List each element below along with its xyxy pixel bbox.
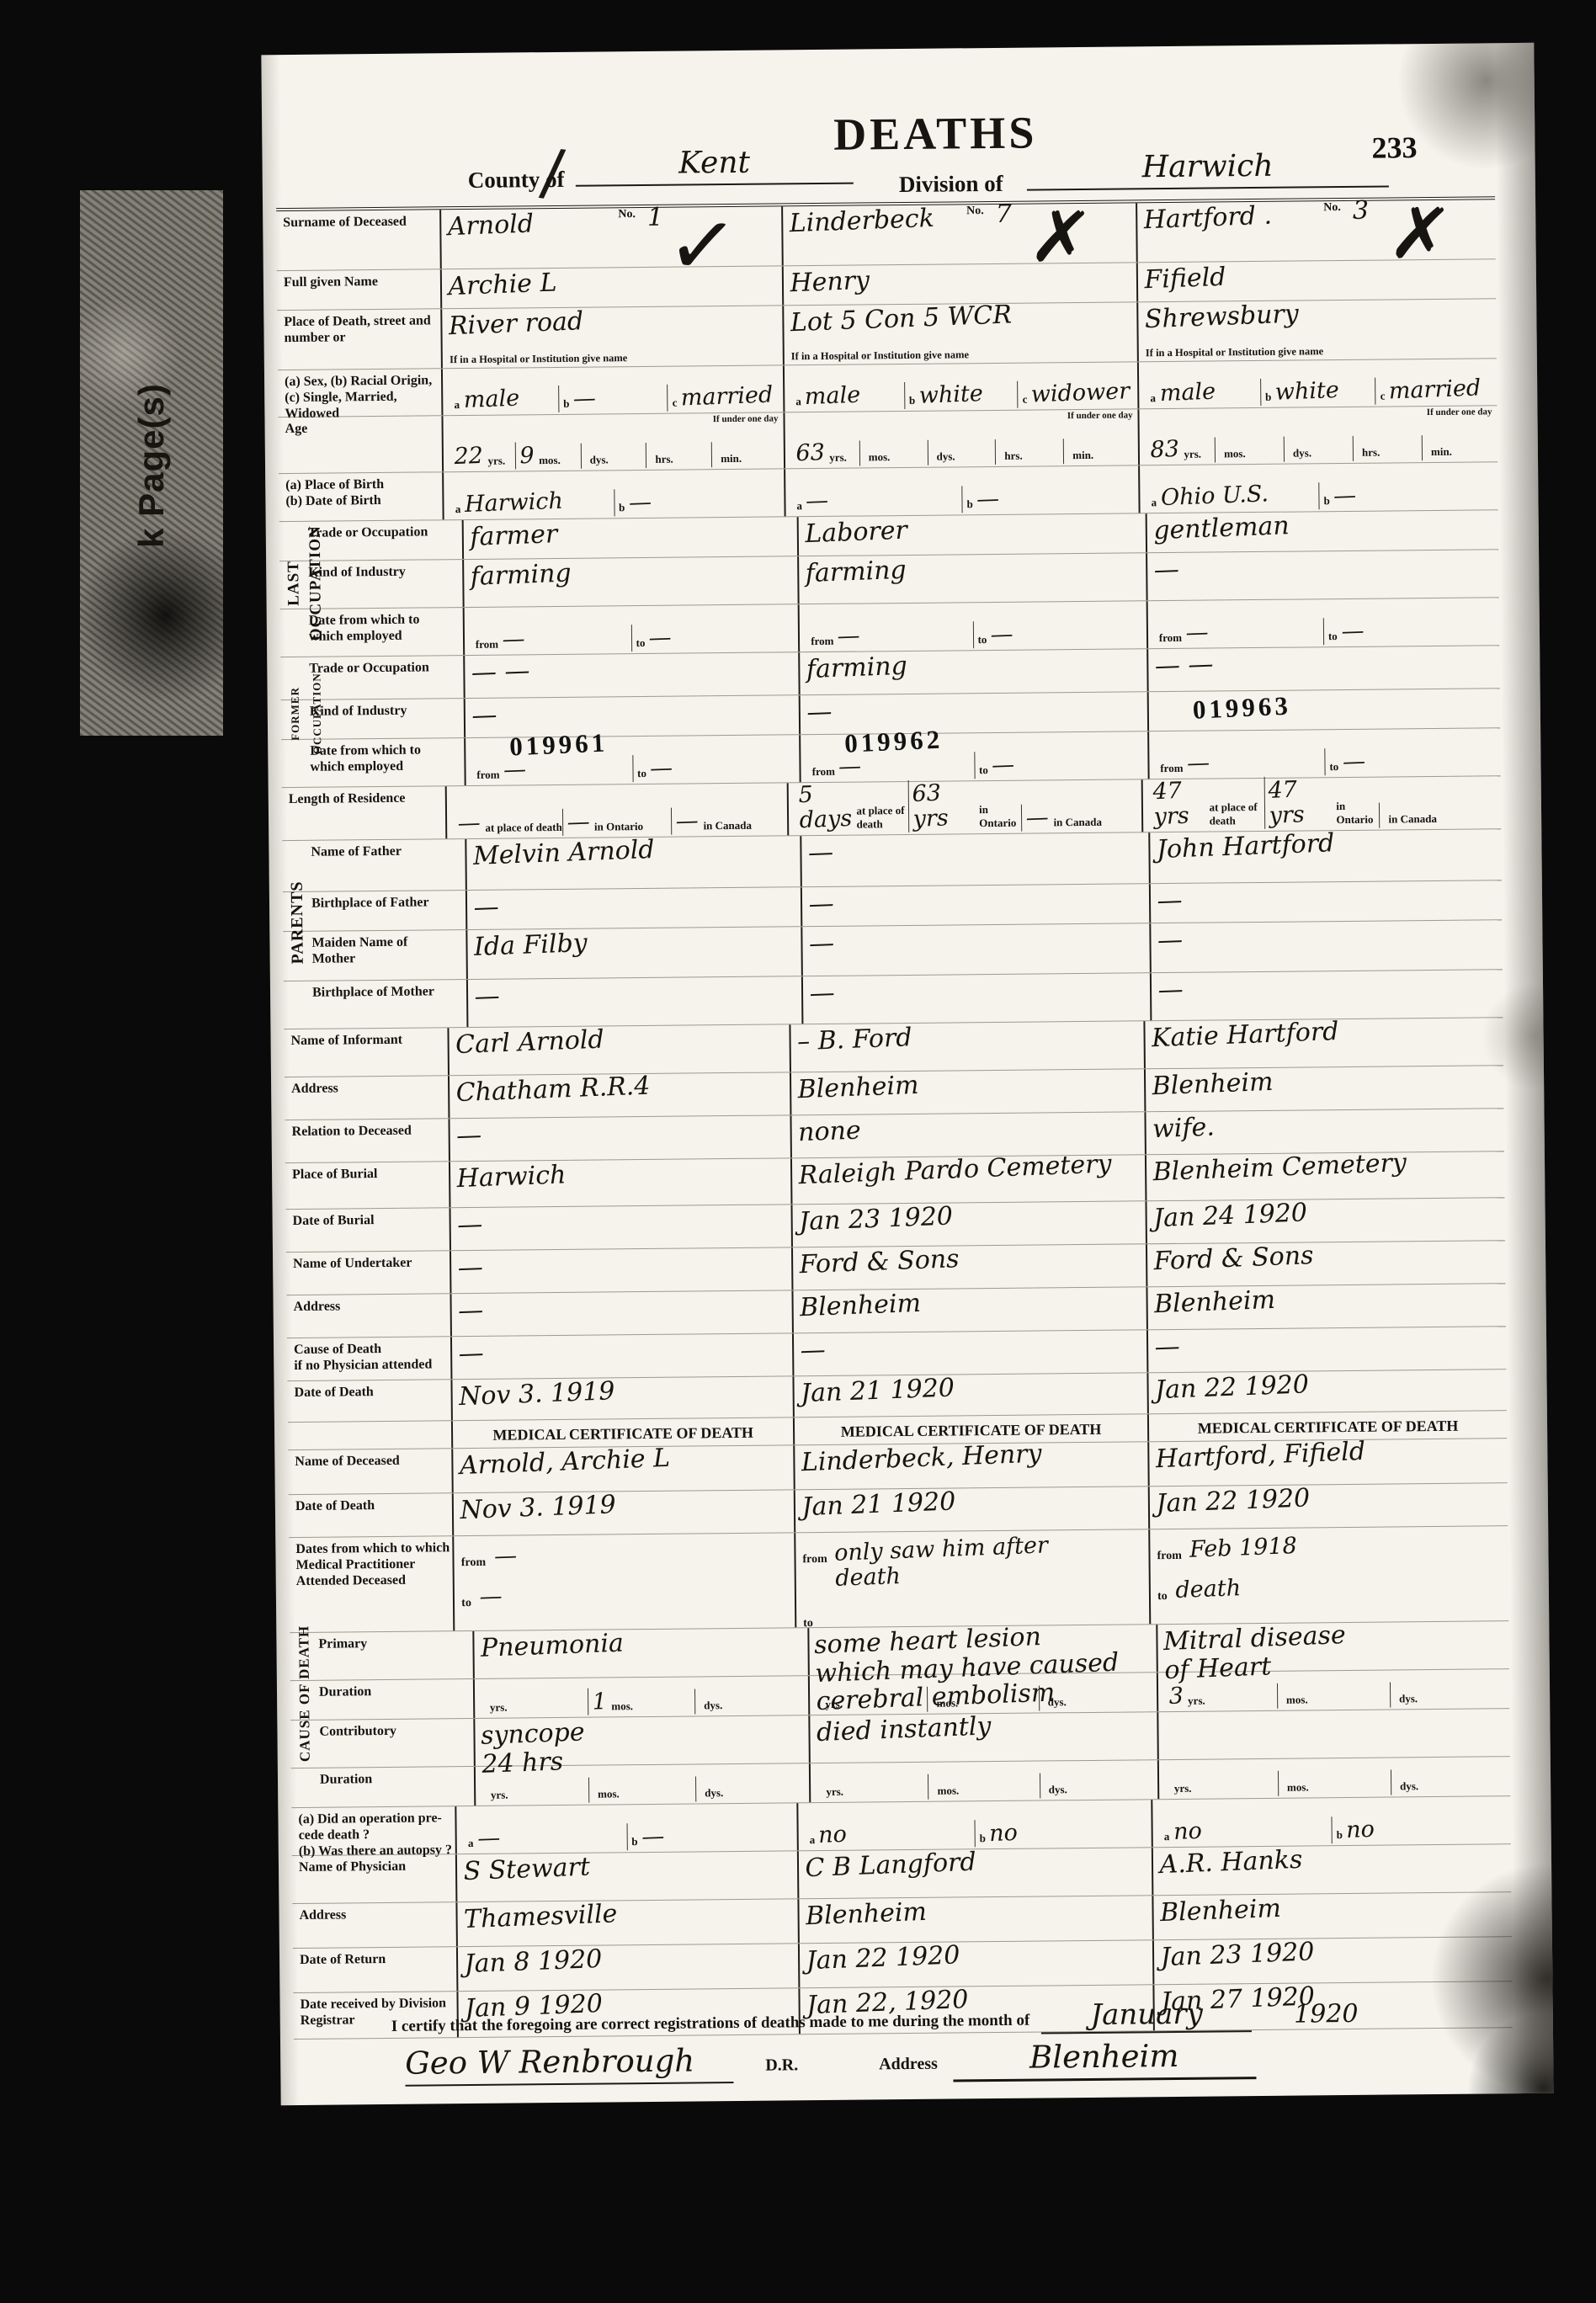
row-label-relation: Relation to Deceased	[285, 1119, 449, 1162]
segment-label: min.	[1431, 445, 1452, 460]
segment: from—	[1155, 618, 1323, 646]
segment: dys.	[927, 439, 995, 465]
segment-label: b	[563, 397, 569, 412]
segment: min.	[1422, 434, 1491, 460]
segment-value: —	[1342, 747, 1365, 775]
segment: 83yrs.	[1146, 435, 1215, 463]
segment-label: dys.	[1400, 1779, 1418, 1795]
cell-cause-primary-record-2: some heart lesion which may have caused …	[808, 1625, 1157, 1675]
segment-value: 83	[1150, 435, 1180, 464]
segment: bwhite	[1260, 377, 1375, 406]
record-number-value: 7	[996, 205, 1012, 225]
row-label-surname: Surname of Deceased	[276, 210, 440, 270]
segment-value: —	[502, 625, 525, 652]
segment: mos.	[859, 440, 928, 466]
cell-former-employed-record-3: from—to—	[1147, 728, 1501, 779]
segment-value: male	[805, 380, 861, 410]
if-under-one-day-label: If under one day	[1427, 407, 1492, 418]
segment-label: b	[1337, 1828, 1343, 1843]
range-value: death	[1175, 1574, 1242, 1604]
row-label-date-of-death: Date of Death	[287, 1380, 451, 1422]
segment: from—	[472, 755, 632, 784]
segment-label: dys.	[1293, 446, 1311, 461]
segment-label: a	[795, 395, 801, 410]
segment-value: —	[1025, 803, 1049, 831]
segment: a—	[792, 486, 961, 514]
cell-last-industry-record-3: —	[1146, 550, 1499, 600]
segment-label: mos.	[1287, 1780, 1309, 1795]
segment-label: to	[636, 636, 646, 652]
segment-label: min.	[1072, 449, 1093, 464]
record-number-value: 3	[1353, 201, 1369, 221]
cell-cause-primary-record-1: Pneumonia	[472, 1628, 808, 1678]
segment-label: to	[637, 767, 646, 782]
segment-value: 5 days	[798, 779, 853, 833]
row-label-birth: (a) Place of Birth (b) Date of Birth	[279, 472, 443, 521]
cell-sex-origin-marital-record-1: amaleb—cmarried	[441, 365, 783, 415]
segment-value: —	[628, 488, 652, 516]
segment-label: yrs.	[491, 1789, 508, 1804]
segment: —at place of death	[454, 809, 562, 837]
segment-value: no	[1173, 1817, 1202, 1845]
division-value: Harwich	[1027, 150, 1389, 190]
cell-segments: yrs.mos.dys.	[817, 1762, 1151, 1803]
cell-segments: amaleb—cmarried	[450, 367, 776, 416]
section-label-last-occupation: LAST OCCUPATION	[283, 517, 306, 650]
segment: dys.	[695, 1775, 802, 1801]
segment-label: from	[476, 638, 498, 653]
side-stamp-strip: k Page(s)	[80, 190, 223, 736]
segment: to—	[974, 750, 1141, 779]
segment-label: a	[1150, 391, 1156, 407]
segment-label: a	[1164, 1830, 1170, 1845]
segment-label: yrs.	[826, 1785, 843, 1800]
segment-label: at place of death	[1210, 800, 1264, 830]
segment: from—	[806, 621, 973, 650]
segment: 47 yrsat place of death	[1150, 776, 1264, 830]
if-under-one-day-label: If under one day	[713, 413, 779, 424]
cell-surname-record-1: No.1Arnold✓	[439, 206, 781, 269]
cell-last-industry-record-2: farming	[797, 553, 1146, 604]
row-label-sex-origin-marital: (a) Sex, (b) Racial Origin, (c) Single, …	[278, 369, 442, 417]
cell-surname-record-3: No.3Hartford .✗	[1136, 199, 1496, 262]
segment-value: widower	[1030, 377, 1130, 408]
range-label: from	[1157, 1550, 1182, 1565]
row-label-date-of-return: Date of Return	[293, 1947, 457, 1992]
segment: amale	[791, 382, 904, 411]
segment-label: hrs.	[655, 453, 673, 468]
cell-segments: from—to—	[472, 737, 793, 786]
segment: hrs.	[995, 439, 1063, 465]
cell-mcd-date-record-1: Nov 3. 1919	[452, 1490, 794, 1535]
cell-place-of-death-record-1: River roadIf in a Hospital or Institutio…	[441, 306, 783, 368]
cross-mark: ✗	[1027, 198, 1096, 278]
row-label-mother-birthplace: Birthplace of Mother	[284, 980, 466, 1029]
row-label-cause-contributory: Contributory	[290, 1719, 473, 1768]
registrar-signature-line: Geo W Renbrough D.R. Address Blenheim	[405, 2034, 1499, 2087]
segment-value: 1	[592, 1688, 607, 1715]
segment-value: 3	[1168, 1682, 1184, 1710]
segment: yrs.	[482, 1778, 588, 1804]
segment: 9mos.	[515, 441, 581, 469]
segment: dys.	[1391, 1768, 1503, 1795]
cell-segments: from—to—	[1156, 730, 1494, 779]
segment-value: —	[1185, 619, 1209, 646]
segment-label: mos.	[539, 454, 561, 469]
range-value: only saw him after death	[834, 1531, 1050, 1592]
cell-sex-origin-marital-record-3: amalebwhitecmarried	[1137, 359, 1497, 408]
segment-label: b	[619, 501, 625, 516]
record-number-label: No.	[1323, 201, 1341, 215]
segment-value: no	[818, 1821, 848, 1848]
registrar-address: Blenheim	[953, 2037, 1256, 2082]
segment-value: —	[990, 620, 1013, 648]
form-row-attended: Dates from which to which Medical Practi…	[289, 1526, 1508, 1633]
record-number-label: No.	[618, 208, 636, 221]
record-number-label: No.	[966, 205, 984, 218]
range-label: from	[461, 1556, 486, 1572]
cell-age-record-1: 22yrs.9mos.dys.hrs.min.If under one day	[442, 412, 784, 471]
row-label-mcd-header	[288, 1421, 452, 1449]
cell-cause-duration-1-record-3: 3yrs.mos.dys.	[1157, 1669, 1510, 1711]
row-label-physician-address: Address	[292, 1902, 456, 1948]
segment: cmarried	[1375, 376, 1490, 405]
segment-value: Harwich	[464, 487, 563, 518]
cell-cause-duration-2-record-1: yrs.mos.dys.	[474, 1763, 810, 1806]
segment: from—	[471, 625, 631, 653]
cell-former-industry-record-1: —019961	[463, 695, 799, 737]
segment-label: from	[1159, 631, 1182, 646]
range-value: —	[493, 1542, 517, 1570]
row-label-cause-no-physician: Cause of Death if no Physician attended	[287, 1337, 451, 1380]
range-label: from	[802, 1553, 827, 1568]
segment-label: to	[1328, 630, 1338, 645]
segment-label: at place of death	[485, 821, 562, 837]
cell-cause-duration-2-record-3: yrs.mos.dys.	[1157, 1757, 1511, 1799]
cell-last-industry-record-1: farming	[462, 556, 798, 607]
segment-value: —	[1341, 617, 1365, 645]
address-label: Address	[879, 2055, 938, 2074]
segment-value: married	[680, 380, 774, 411]
segment-label: mos.	[611, 1699, 633, 1715]
cell-surname-record-2: No.7Linderbeck✗	[781, 203, 1136, 265]
document-page: ∕ DEATHS 233 County of Kent Division of …	[261, 43, 1553, 2105]
segment-label: b	[980, 1832, 986, 1847]
division-label: Division of	[899, 171, 1003, 198]
cell-segments: yrs.mos.dys.	[1166, 1758, 1504, 1800]
segment-label: in Ontario	[594, 820, 643, 836]
hospital-instruction-label: If in a Hospital or Institution give nam…	[1146, 345, 1323, 359]
row-label-father-birthplace: Birthplace of Father	[283, 891, 465, 931]
segment-value: 9	[519, 442, 535, 470]
segment-label: yrs.	[829, 451, 847, 466]
segment: mos.	[927, 1686, 1038, 1712]
registrar-signature: Geo W Renbrough	[405, 2042, 733, 2087]
range-label: to	[1157, 1590, 1168, 1605]
segment-label: mos.	[598, 1787, 620, 1802]
segment: mos.	[928, 1774, 1039, 1800]
segment: ano	[805, 1820, 974, 1848]
segment-value: 63 yrs	[912, 778, 976, 832]
side-stamp-text: k Page(s)	[129, 306, 174, 625]
segment-label: yrs.	[490, 1701, 508, 1716]
row-label-informant-address: Address	[285, 1076, 449, 1120]
segment-label: a	[455, 398, 460, 413]
cell-attended-record-2: fromonly saw him after deathto	[794, 1529, 1149, 1627]
segment-label: b	[631, 1835, 637, 1850]
cell-mcd-date-record-3: Jan 22 1920	[1148, 1483, 1508, 1529]
cross-mark: ✗	[1386, 194, 1455, 274]
row-label-age: Age	[278, 416, 442, 473]
certification-month: January	[1041, 1997, 1252, 2034]
segment: from—	[808, 752, 975, 780]
segment-label: hrs.	[1362, 446, 1380, 461]
segment-label: hrs.	[1004, 449, 1022, 465]
segment: yrs.	[1166, 1771, 1278, 1797]
segment-label: b	[1265, 391, 1271, 406]
cell-date-of-death-record-2: Jan 21 1920	[792, 1373, 1147, 1417]
segment-label: c	[1381, 390, 1386, 405]
segment: —in Ontario	[562, 807, 672, 835]
segment-label: in Ontario	[1336, 800, 1379, 828]
row-label-given-name: Full given Name	[277, 269, 441, 310]
cell-segments: amalebwhitecmarried	[1146, 360, 1490, 409]
row-label-burial-place: Place of Burial	[285, 1162, 450, 1209]
range-value: —	[479, 1582, 503, 1610]
segment: cwidower	[1017, 380, 1130, 408]
segment-value: —	[572, 385, 596, 412]
cell-segments: yrs.mos.dys.	[482, 1765, 803, 1806]
segment-value: —	[567, 808, 590, 836]
certification-text: I certify that the foregoing are correct…	[391, 2012, 1030, 2035]
row-label-place-of-death: Place of Death, street and number or	[277, 309, 441, 370]
segment: min.	[1063, 438, 1131, 464]
record-number-3: No.3	[1323, 201, 1369, 222]
segment-label: c	[1023, 393, 1028, 408]
segment-label: yrs.	[825, 1698, 843, 1713]
segment-label: to	[1329, 760, 1338, 775]
date-range-line: fromonly saw him after death	[802, 1536, 1142, 1592]
date-range-line: from—	[461, 1540, 788, 1572]
date-range-line: todeath	[1157, 1573, 1502, 1605]
segment: aHarwich	[451, 489, 614, 518]
segment: mos.	[1215, 437, 1284, 463]
segment-value: —	[457, 809, 481, 837]
segment-value: 22	[454, 442, 484, 471]
segment: mos.	[1277, 1683, 1390, 1709]
cell-former-employed-record-1: from—to—	[464, 735, 800, 785]
segment-label: a	[810, 1833, 816, 1848]
cell-mcd-date-record-2: Jan 21 1920	[794, 1487, 1149, 1532]
segment-value: married	[1388, 374, 1482, 404]
row-label-father-name: Name of Father	[282, 839, 465, 891]
segment-value: —	[1186, 749, 1210, 777]
segment-value: —	[476, 1824, 500, 1852]
county-label: County of	[468, 167, 565, 194]
cell-cause-contributory-record-3	[1157, 1709, 1510, 1759]
certification-year: 1920	[1294, 1999, 1359, 2029]
segment: mos.	[588, 1776, 695, 1802]
row-label-physician-name: Name of Physician	[292, 1854, 456, 1903]
segment-label: in Ontario	[979, 803, 1022, 832]
segment: amale	[1146, 379, 1260, 407]
death-register-table: Surname of DeceasedNo.1Arnold✓No.7Linder…	[276, 196, 1513, 2040]
segment: 3yrs.	[1165, 1682, 1277, 1710]
segment-label: dys.	[590, 453, 609, 468]
segment-value: —	[976, 485, 1000, 513]
segment-value: 47 yrs	[1152, 775, 1205, 830]
segment-label: from	[1160, 762, 1183, 777]
section-label-cause-of-death: CAUSE OF DEATH	[293, 1608, 317, 1779]
segment: min.	[711, 441, 777, 467]
segment-value: —	[675, 806, 699, 834]
cell-age-record-2: 63yrs.mos.dys.hrs.min.If under one day	[783, 409, 1138, 468]
segment: 1mos.	[588, 1687, 694, 1715]
cell-cause-duration-2-record-2: yrs.mos.dys.	[809, 1760, 1157, 1802]
segment: aOhio U.S.	[1146, 482, 1318, 511]
segment: yrs.	[481, 1690, 588, 1716]
hospital-instruction-label: If in a Hospital or Institution give nam…	[450, 352, 627, 366]
cell-former-employed-record-2: from—to—	[799, 731, 1147, 782]
segment-label: min.	[721, 452, 742, 467]
segment: hrs.	[1353, 435, 1422, 461]
segment: b—	[558, 384, 668, 412]
cell-cause-contributory-record-2: died instantly	[809, 1712, 1157, 1763]
segment-value: 47 yrs	[1268, 774, 1333, 829]
segment-value: —	[650, 754, 673, 782]
cell-segments: amalebwhitecwidower	[791, 364, 1131, 412]
scanned-death-register: { "page": { "title": "DEATHS", "number":…	[0, 0, 1596, 2303]
segment-label: b	[966, 497, 972, 513]
segment: yrs.	[817, 1687, 927, 1713]
segment-label: mos.	[938, 1784, 960, 1799]
row-label-undertaker-address: Address	[286, 1294, 450, 1338]
segment: yrs.	[817, 1774, 928, 1800]
cell-attended-record-3: fromFeb 1918todeath	[1148, 1526, 1508, 1624]
segment-label: b	[1323, 494, 1329, 509]
segment-label: yrs.	[1188, 1694, 1205, 1710]
segment-value: 63	[795, 439, 826, 467]
row-label-burial-date: Date of Burial	[286, 1208, 450, 1252]
segment-label: mos.	[869, 450, 891, 465]
cell-date-of-death-record-1: Nov 3. 1919	[451, 1376, 793, 1420]
section-label-parents: PARENTS	[285, 830, 309, 1015]
segment-label: a	[455, 503, 461, 518]
segment-label: dys.	[1049, 1783, 1067, 1798]
segment-label: c	[673, 396, 678, 412]
row-label-operation-autopsy: (a) Did an operation pre- cede death ? (…	[291, 1806, 455, 1855]
segment-label: dys.	[936, 449, 955, 465]
segment-label: from	[812, 765, 835, 780]
segment: bwhite	[904, 380, 1018, 409]
cell-former-trade-record-3: — —	[1146, 646, 1500, 691]
segment: 22yrs.	[450, 442, 515, 470]
segment-label: yrs.	[1184, 448, 1201, 463]
segment-value: Ohio U.S.	[1160, 480, 1269, 511]
row-label-undertaker-name: Name of Undertaker	[286, 1251, 450, 1295]
segment-value: —	[648, 624, 672, 652]
segment: hrs.	[646, 442, 711, 468]
cell-cause-primary-record-3: Mitral disease of Heart	[1156, 1621, 1509, 1672]
if-under-one-day-label: If under one day	[1067, 410, 1133, 421]
segment-label: yrs.	[488, 455, 506, 470]
segment: cmarried	[667, 383, 776, 411]
segment-label: mos.	[1224, 447, 1246, 462]
segment-value: —	[838, 753, 862, 780]
segment-value: no	[989, 1819, 1019, 1847]
segment-label: b	[909, 394, 915, 409]
record-number-2: No.7	[966, 205, 1012, 226]
cell-segments: from—to—	[807, 733, 1141, 783]
cell-age-record-3: 83yrs.mos.dys.hrs.min.If under one day	[1138, 406, 1498, 465]
segment-value: white	[918, 380, 983, 409]
segment-label: from	[811, 635, 833, 650]
segment: 63 yrsin Ontario	[907, 779, 1021, 832]
cell-place-of-death-record-2: Lot 5 Con 5 WCRIf in a Hospital or Insti…	[782, 302, 1137, 364]
cell-place-of-death-record-3: ShrewsburyIf in a Hospital or Institutio…	[1136, 299, 1497, 361]
record-number-value: 1	[647, 208, 663, 228]
segment-label: yrs.	[1174, 1782, 1192, 1797]
segment-value: male	[463, 384, 519, 413]
date-range-line: to—	[461, 1580, 788, 1612]
segment-label: mos.	[1286, 1693, 1308, 1708]
row-label-mcd-name: Name of Deceased	[288, 1449, 452, 1494]
row-label-cause-duration-1: Duration	[290, 1679, 473, 1720]
segment: 47 yrsin Ontario	[1263, 775, 1379, 829]
county-value: Kent	[575, 147, 853, 187]
segment-label: at place of death	[856, 804, 908, 833]
segment-value: —	[641, 1822, 664, 1850]
row-label-mother-name: Maiden Name of Mother	[283, 930, 465, 981]
date-range-line: fromFeb 1918	[1157, 1533, 1501, 1565]
row-label-informant-name: Name of Informant	[284, 1028, 448, 1077]
segment: dys.	[581, 443, 646, 469]
segment-value: no	[1346, 1816, 1375, 1843]
segment-label: a	[796, 499, 802, 514]
segment-value: —	[992, 751, 1015, 779]
segment-label: from	[476, 769, 499, 784]
segment-label: to	[977, 633, 987, 648]
segment-label: to	[979, 763, 988, 779]
cell-segments: 3yrs.mos.dys.	[1165, 1671, 1503, 1712]
segment-value: —	[806, 487, 829, 514]
segment: amale	[450, 386, 558, 413]
segment: dys.	[1040, 1772, 1151, 1798]
check-mark: ✓	[663, 201, 742, 292]
segment-value: male	[1159, 377, 1216, 407]
segment: 63yrs.	[792, 439, 859, 466]
segment-value: white	[1274, 376, 1339, 406]
segment-label: a	[468, 1837, 474, 1852]
row-label-mcd-date: Date of Death	[289, 1493, 453, 1537]
cell-former-industry-record-3: 019963	[1146, 689, 1500, 731]
section-label-former-occupation: FORMER OCCUPATION	[284, 650, 306, 778]
record-number-1: No.1	[618, 208, 663, 229]
segment: mos.	[1278, 1770, 1391, 1796]
segment-label: dys.	[705, 1786, 723, 1801]
dr-label: D.R.	[765, 2056, 798, 2074]
cell-cause-contributory-record-1: syncope 24 hrs	[473, 1715, 809, 1766]
row-label-cause-primary: Primary	[290, 1631, 472, 1680]
segment: dys.	[1284, 436, 1353, 462]
range-label: to	[461, 1597, 471, 1612]
segment-label: a	[1152, 496, 1157, 511]
segment: a—	[464, 1823, 627, 1852]
segment-value: —	[503, 755, 526, 783]
segment: to—	[1324, 747, 1493, 775]
segment: to—	[632, 753, 793, 782]
row-label-cause-duration-2: Duration	[291, 1767, 474, 1807]
